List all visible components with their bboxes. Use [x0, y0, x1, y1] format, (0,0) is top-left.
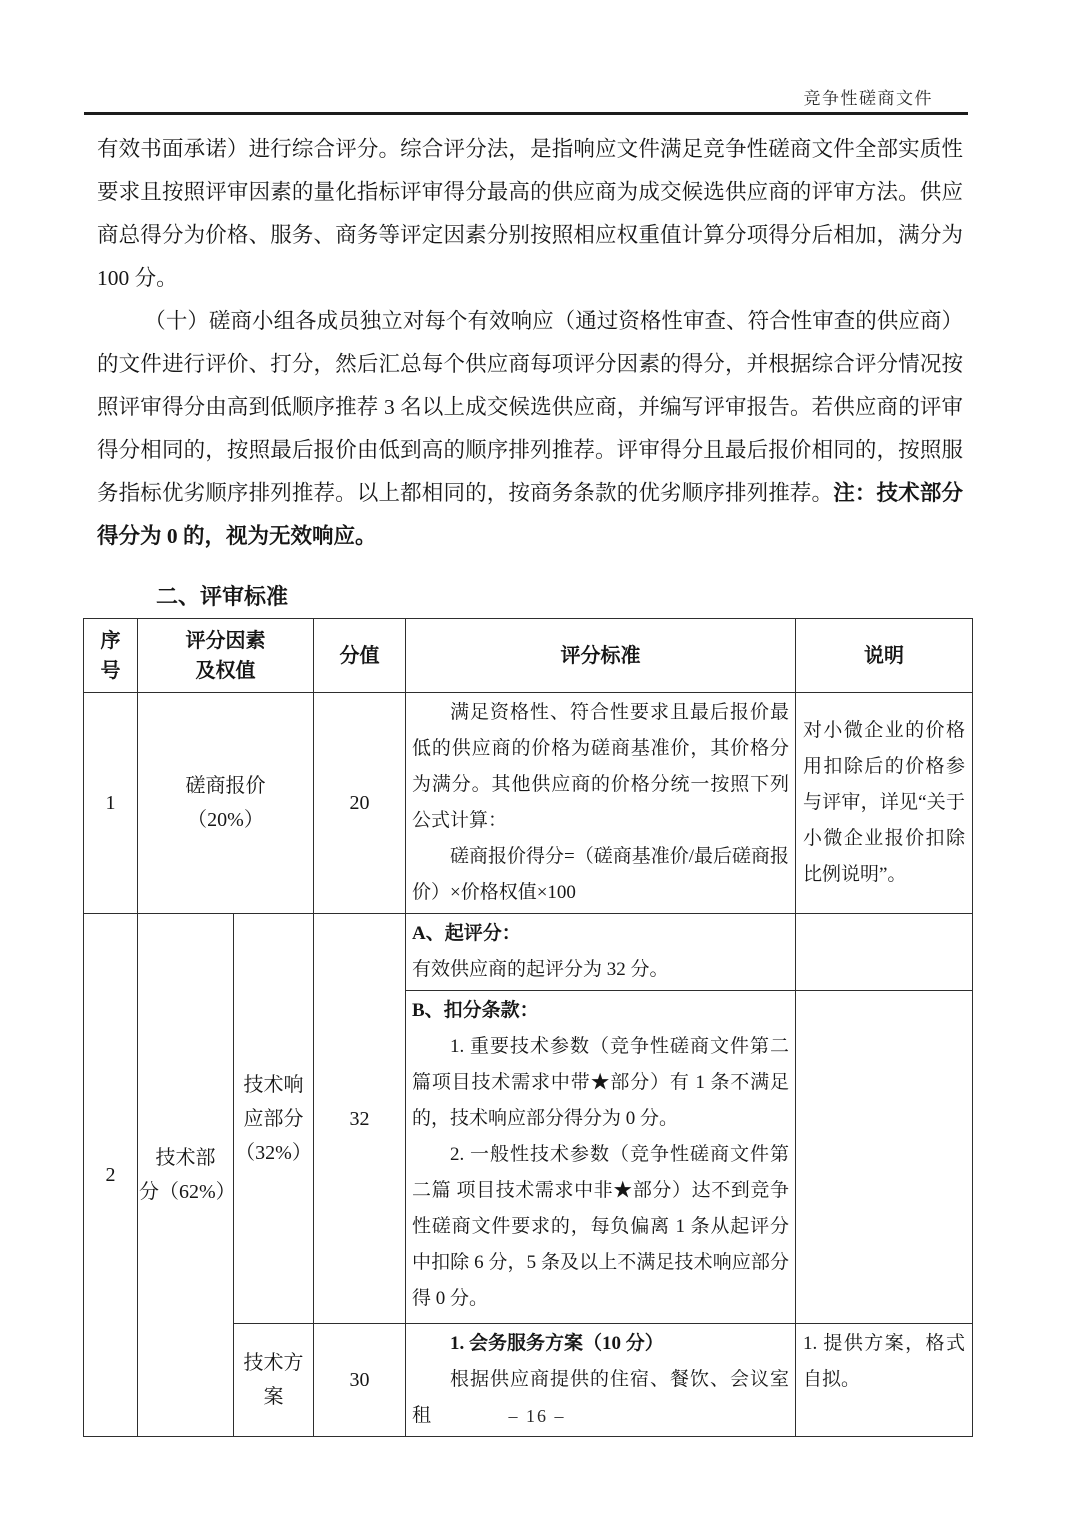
- row1-score-value: 20: [314, 693, 406, 914]
- header-col-factor-weight: 评分因素 及权值: [138, 619, 314, 693]
- page-number: – 16 –: [0, 1406, 1074, 1427]
- paragraph-item-ten: （十）磋商小组各成员独立对每个有效响应（通过资格性审查、符合性审查的供应商）的文…: [97, 300, 963, 558]
- header-col-note: 说明: [796, 619, 973, 693]
- row2-criteria-a-title: A、起评分：: [412, 916, 789, 952]
- table-row-price-quote: 1 磋商报价 （20%） 20 满足资格性、符合性要求且最后报价最低的供应商的价…: [84, 693, 973, 914]
- header-col-serial-no: 序 号: [84, 619, 138, 693]
- row2-criteria-c-title: 1. 会务服务方案（10 分）: [412, 1326, 789, 1362]
- row1-criteria-formula: 磋商报价得分=（磋商基准价/最后磋商报价）×价格权值×100: [412, 839, 789, 911]
- paragraph-item-ten-text: （十）磋商小组各成员独立对每个有效响应（通过资格性审查、符合性审查的供应商）的文…: [97, 309, 963, 505]
- header-doc-title: 竞争性磋商文件: [804, 84, 934, 109]
- row2-criteria-b-item1: 1. 重要技术参数（竞争性磋商文件第二篇项目技术需求中带★部分）有 1 条不满足…: [412, 1029, 789, 1137]
- row2-criteria-b-title: B、扣分条款：: [412, 993, 789, 1029]
- row1-criteria-text: 满足资格性、符合性要求且最后报价最低的供应商的价格为磋商基准价，其价格分为满分。…: [412, 695, 789, 839]
- row1-note-small-enterprise: 对小微企业的价格用扣除后的价格参与评审，详见“关于小微企业报价扣除比例说明”。: [796, 693, 973, 914]
- evaluation-criteria-table: 序 号 评分因素 及权值 分值 评分标准 说明 1 磋商报价 （20%） 20 …: [83, 618, 973, 1437]
- row2-note-empty-a: [796, 914, 973, 991]
- row2-criteria-a-body: 有效供应商的起评分为 32 分。: [412, 952, 789, 988]
- header-col-score-value: 分值: [314, 619, 406, 693]
- row1-factor-price-quote: 磋商报价 （20%）: [138, 693, 314, 914]
- paragraph-scoring-method: 有效书面承诺）进行综合评分。综合评分法，是指响应文件满足竞争性磋商文件全部实质性…: [97, 128, 963, 300]
- row2-criteria-deduction-cell: B、扣分条款： 1. 重要技术参数（竞争性磋商文件第二篇项目技术需求中带★部分）…: [406, 991, 796, 1324]
- header-rule: [84, 112, 968, 115]
- row2-factor-technical-part: 技术部 分（62%）: [138, 914, 234, 1437]
- row2-subfactor-tech-response: 技术响 应部分 （32%）: [234, 914, 314, 1324]
- row2-note-empty-b: [796, 991, 973, 1324]
- row1-serial-no: 1: [84, 693, 138, 914]
- row2-criteria-base-score-cell: A、起评分： 有效供应商的起评分为 32 分。: [406, 914, 796, 991]
- section-heading-evaluation-criteria: 二、评审标准: [156, 580, 288, 611]
- evaluation-table-body: 序 号 评分因素 及权值 分值 评分标准 说明 1 磋商报价 （20%） 20 …: [84, 619, 973, 1437]
- row2-tech-response-score: 32: [314, 914, 406, 1324]
- header-col-scoring-criteria: 评分标准: [406, 619, 796, 693]
- table-header-row: 序 号 评分因素 及权值 分值 评分标准 说明: [84, 619, 973, 693]
- document-page: 竞争性磋商文件 有效书面承诺）进行综合评分。综合评分法，是指响应文件满足竞争性磋…: [0, 0, 1074, 1520]
- body-text: 有效书面承诺）进行综合评分。综合评分法，是指响应文件满足竞争性磋商文件全部实质性…: [97, 128, 963, 558]
- row1-criteria-cell: 满足资格性、符合性要求且最后报价最低的供应商的价格为磋商基准价，其价格分为满分。…: [406, 693, 796, 914]
- table-row-tech-base-score: 2 技术部 分（62%） 技术响 应部分 （32%） 32 A、起评分： 有效供…: [84, 914, 973, 991]
- row2-serial-no: 2: [84, 914, 138, 1437]
- row2-criteria-b-item2: 2. 一般性技术参数（竞争性磋商文件第二篇 项目技术需求中非★部分）达不到竞争性…: [412, 1137, 789, 1317]
